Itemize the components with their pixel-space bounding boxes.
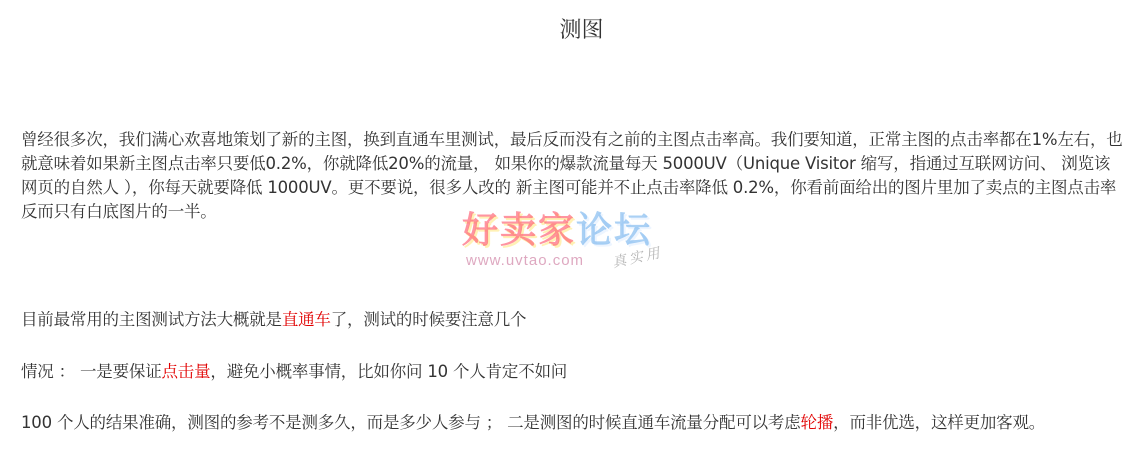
highlight-keyword: 点击量 xyxy=(162,362,211,381)
paragraph-method: 目前最常用的主图测试方法大概就是直通车了，测试的时候要注意几个 xyxy=(21,308,1126,332)
page-title: 测图 xyxy=(0,14,1143,48)
text-segment: 100 个人的结果准确，测图的参考不是测多久，而是多少人参与 ； 二是测图的时候… xyxy=(21,413,801,432)
highlight-keyword: 轮播 xyxy=(801,413,834,432)
watermark-tag: 真实用 xyxy=(610,243,664,273)
text-segment: 了，测试的时候要注意几个 xyxy=(331,310,527,329)
paragraph-situation: 情况 ： 一是要保证点击量，避免小概率事情，比如你问 10 个人肯定不如问 xyxy=(21,360,1126,384)
watermark-url: www.uvtao.com xyxy=(466,252,584,270)
text-segment: ，避免小概率事情，比如你问 10 个人肯定不如问 xyxy=(210,362,567,381)
text-segment: 情况 ： 一是要保证 xyxy=(21,362,162,381)
paragraph-intro: 曾经很多次，我们满心欢喜地策划了新的主图，换到直通车里测试，最后反而没有之前的主… xyxy=(21,128,1126,224)
text-segment: 目前最常用的主图测试方法大概就是 xyxy=(21,310,282,329)
paragraph-conclusion: 100 个人的结果准确，测图的参考不是测多久，而是多少人参与 ； 二是测图的时候… xyxy=(21,411,1126,435)
text-segment: ，而非优选，这样更加客观。 xyxy=(833,413,1045,432)
highlight-keyword: 直通车 xyxy=(282,310,331,329)
